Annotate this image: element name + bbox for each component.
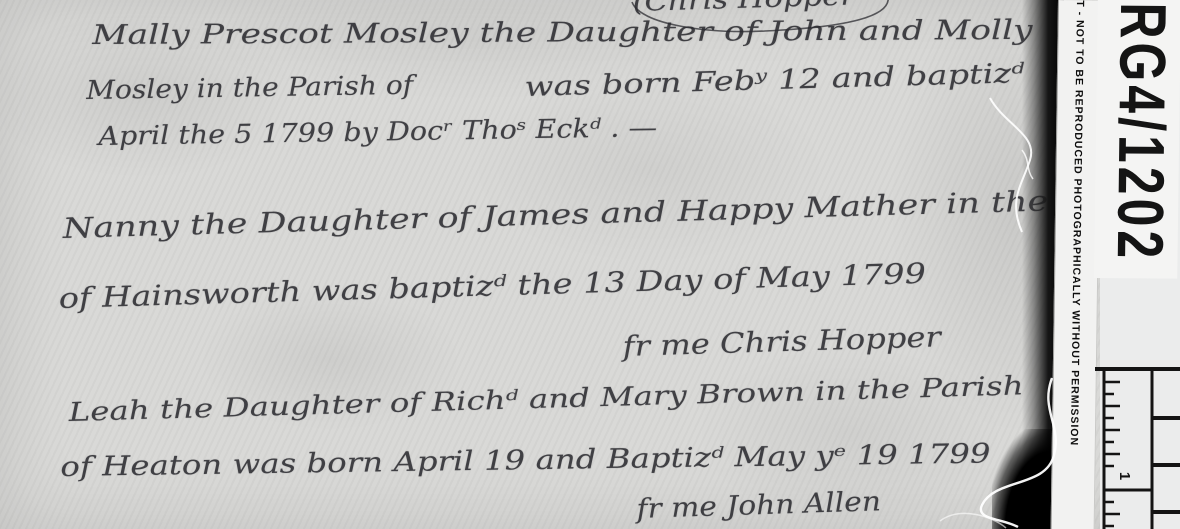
register-page-scan: (Chris Hopper Mally Prescot Mosley the D… [0,0,1180,529]
archive-reference-label: RG4/1202 [1094,0,1180,279]
entry1-line2-left: Mosley in the Parish of [86,71,413,106]
entry1-line1: Mally Prescot Mosley the Daughter of Joh… [92,15,1033,51]
ruler-number: 1 [1116,472,1133,480]
measurement-ruler: 1 [1095,366,1180,529]
